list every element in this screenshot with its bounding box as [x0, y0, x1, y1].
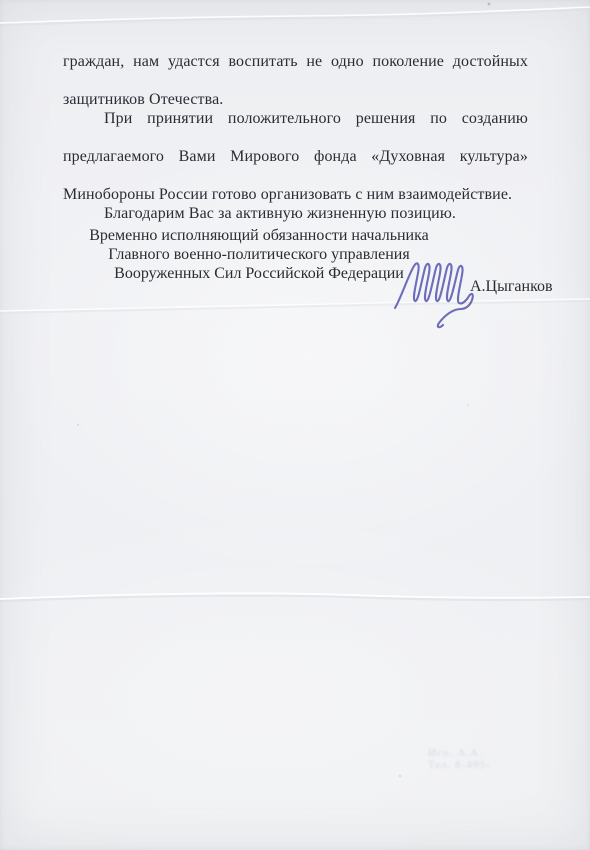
executor-name-faint: Исп. А.А.	[428, 747, 568, 759]
signoff-line-3: Вооруженных Сил Российской Федерации	[80, 264, 438, 283]
signature-block: А.Цыганков	[393, 254, 590, 334]
body-line-6: Благодарим Вас за активную жизненную поз…	[63, 204, 528, 223]
body-line-3: При принятии положительного решения по с…	[63, 109, 528, 147]
signature-stroke	[395, 263, 473, 327]
scanned-letter-page: граждан, нам удастся воспитать не одно п…	[0, 0, 590, 850]
body-line-5: Минобороны России готово организовать с …	[63, 185, 528, 204]
signer-name: А.Цыганков	[470, 278, 553, 296]
paper-speck	[399, 775, 401, 777]
paper-speck	[488, 3, 491, 6]
signoff-block: Временно исполняющий обязанности начальн…	[80, 226, 438, 283]
paper-speck	[467, 404, 469, 406]
letter-body: граждан, нам удастся воспитать не одно п…	[63, 52, 528, 223]
body-line-2: защитников Отечества.	[63, 90, 528, 109]
paper-speck	[77, 424, 79, 426]
body-line-4: предлагаемого Вами Мирового фонда «Духов…	[63, 147, 528, 185]
signoff-line-1: Временно исполняющий обязанности начальн…	[80, 226, 438, 245]
executor-phone-faint: Тел. 8-495-	[428, 759, 568, 771]
signoff-line-2: Главного военно-политического управления	[80, 245, 438, 264]
executor-note-bleedthrough: Исп. А.А. Тел. 8-495-	[428, 747, 568, 771]
body-line-1: граждан, нам удастся воспитать не одно п…	[63, 52, 528, 90]
